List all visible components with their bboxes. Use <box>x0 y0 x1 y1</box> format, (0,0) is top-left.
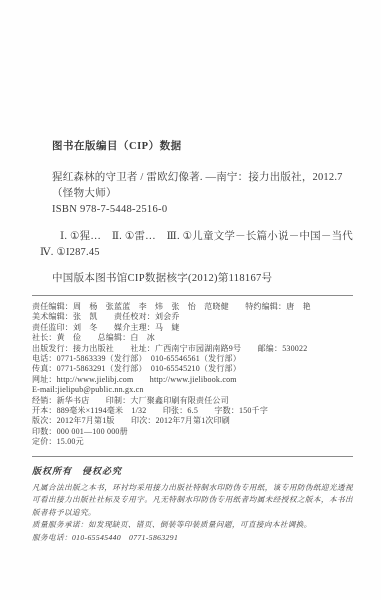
colophon-line: 电话：0771-5863339（发行部） 010-65546561（发行部） <box>32 354 353 364</box>
copyright-notice-heading: 版权所有 侵权必究 <box>32 464 353 477</box>
colophon-block: 责任编辑：周 杨 张蓝蓝 李 炜 张 怡 范晓健 特约编辑：唐 艳美术编辑：张 … <box>32 302 353 448</box>
book-title-line: 猩红森林的守卫者 / 雷欧幻像著. —南宁：接力出版社，2012.7 <box>52 170 353 186</box>
book-copyright-page: 图书在版编目（CIP）数据 猩红森林的守卫者 / 雷欧幻像著. —南宁：接力出版… <box>0 0 381 600</box>
cip-header: 图书在版编目（CIP）数据 <box>52 138 353 153</box>
colophon-line: 责任编辑：周 杨 张蓝蓝 李 炜 张 怡 范晓健 特约编辑：唐 艳 <box>32 302 353 312</box>
colophon-line: 美术编辑：张 凯 责任校对：刘会乔 <box>32 312 353 322</box>
colophon-line: 传真：0771-5863291（发行部） 010-65545210（发行部） <box>32 364 353 374</box>
page-content: 图书在版编目（CIP）数据 猩红森林的守卫者 / 雷欧幻像著. —南宁：接力出版… <box>32 138 353 545</box>
cip-record-number-line: 中国版本图书馆CIP数据核字(2012)第118167号 <box>52 270 353 285</box>
service-phone-line: 服务电话：010-65545440 0771-5863291 <box>32 532 353 545</box>
watermark-notice-paragraph: 凡属合法出版之本书，环衬均采用接力出版社特制水印防伪专用纸，该专用防伪纸迎光透视… <box>32 482 353 520</box>
divider-rule-bottom <box>32 456 353 457</box>
quality-promise-line: 质量服务承诺：如发现缺页、错页、倒装等印装质量问题，可直接向本社调换。 <box>32 519 353 532</box>
colophon-line: 责任监印：刘 冬 媒介主理：马 婕 <box>32 323 353 333</box>
colophon-line: 印数：000 001—100 000册 <box>32 427 353 437</box>
colophon-line: 网址：http://www.jielibj.com http://www.jie… <box>32 375 353 385</box>
colophon-line: 开本：889毫米×1194毫米 1/32 印张：6.5 字数：150千字 <box>32 406 353 416</box>
isbn-line: ISBN 978-7-5448-2516-0 <box>52 202 353 218</box>
divider-rule-top <box>32 295 353 296</box>
colophon-line: 经销：新华书店 印制：大厂聚鑫印刷有限责任公司 <box>32 396 353 406</box>
colophon-line: 社长：黄 俭 总编辑：白 冰 <box>32 333 353 343</box>
colophon-line: 定价：15.00元 <box>32 437 353 447</box>
series-line: （怪物大师） <box>52 186 353 202</box>
colophon-line: E-mail:jielipub@public.nn.gx.cn <box>32 385 353 395</box>
colophon-line: 出版发行：接力出版社 社址：广西南宁市园湖南路9号 邮编：530022 <box>32 344 353 354</box>
colophon-line: 版次：2012年7月第1版 印次：2012年7月第1次印刷 <box>32 416 353 426</box>
cip-classification-line: Ⅰ. ①猩… Ⅱ. ①雷… Ⅲ. ①儿童文学－长篇小说－中国－当代 Ⅳ. ①I2… <box>40 229 353 261</box>
